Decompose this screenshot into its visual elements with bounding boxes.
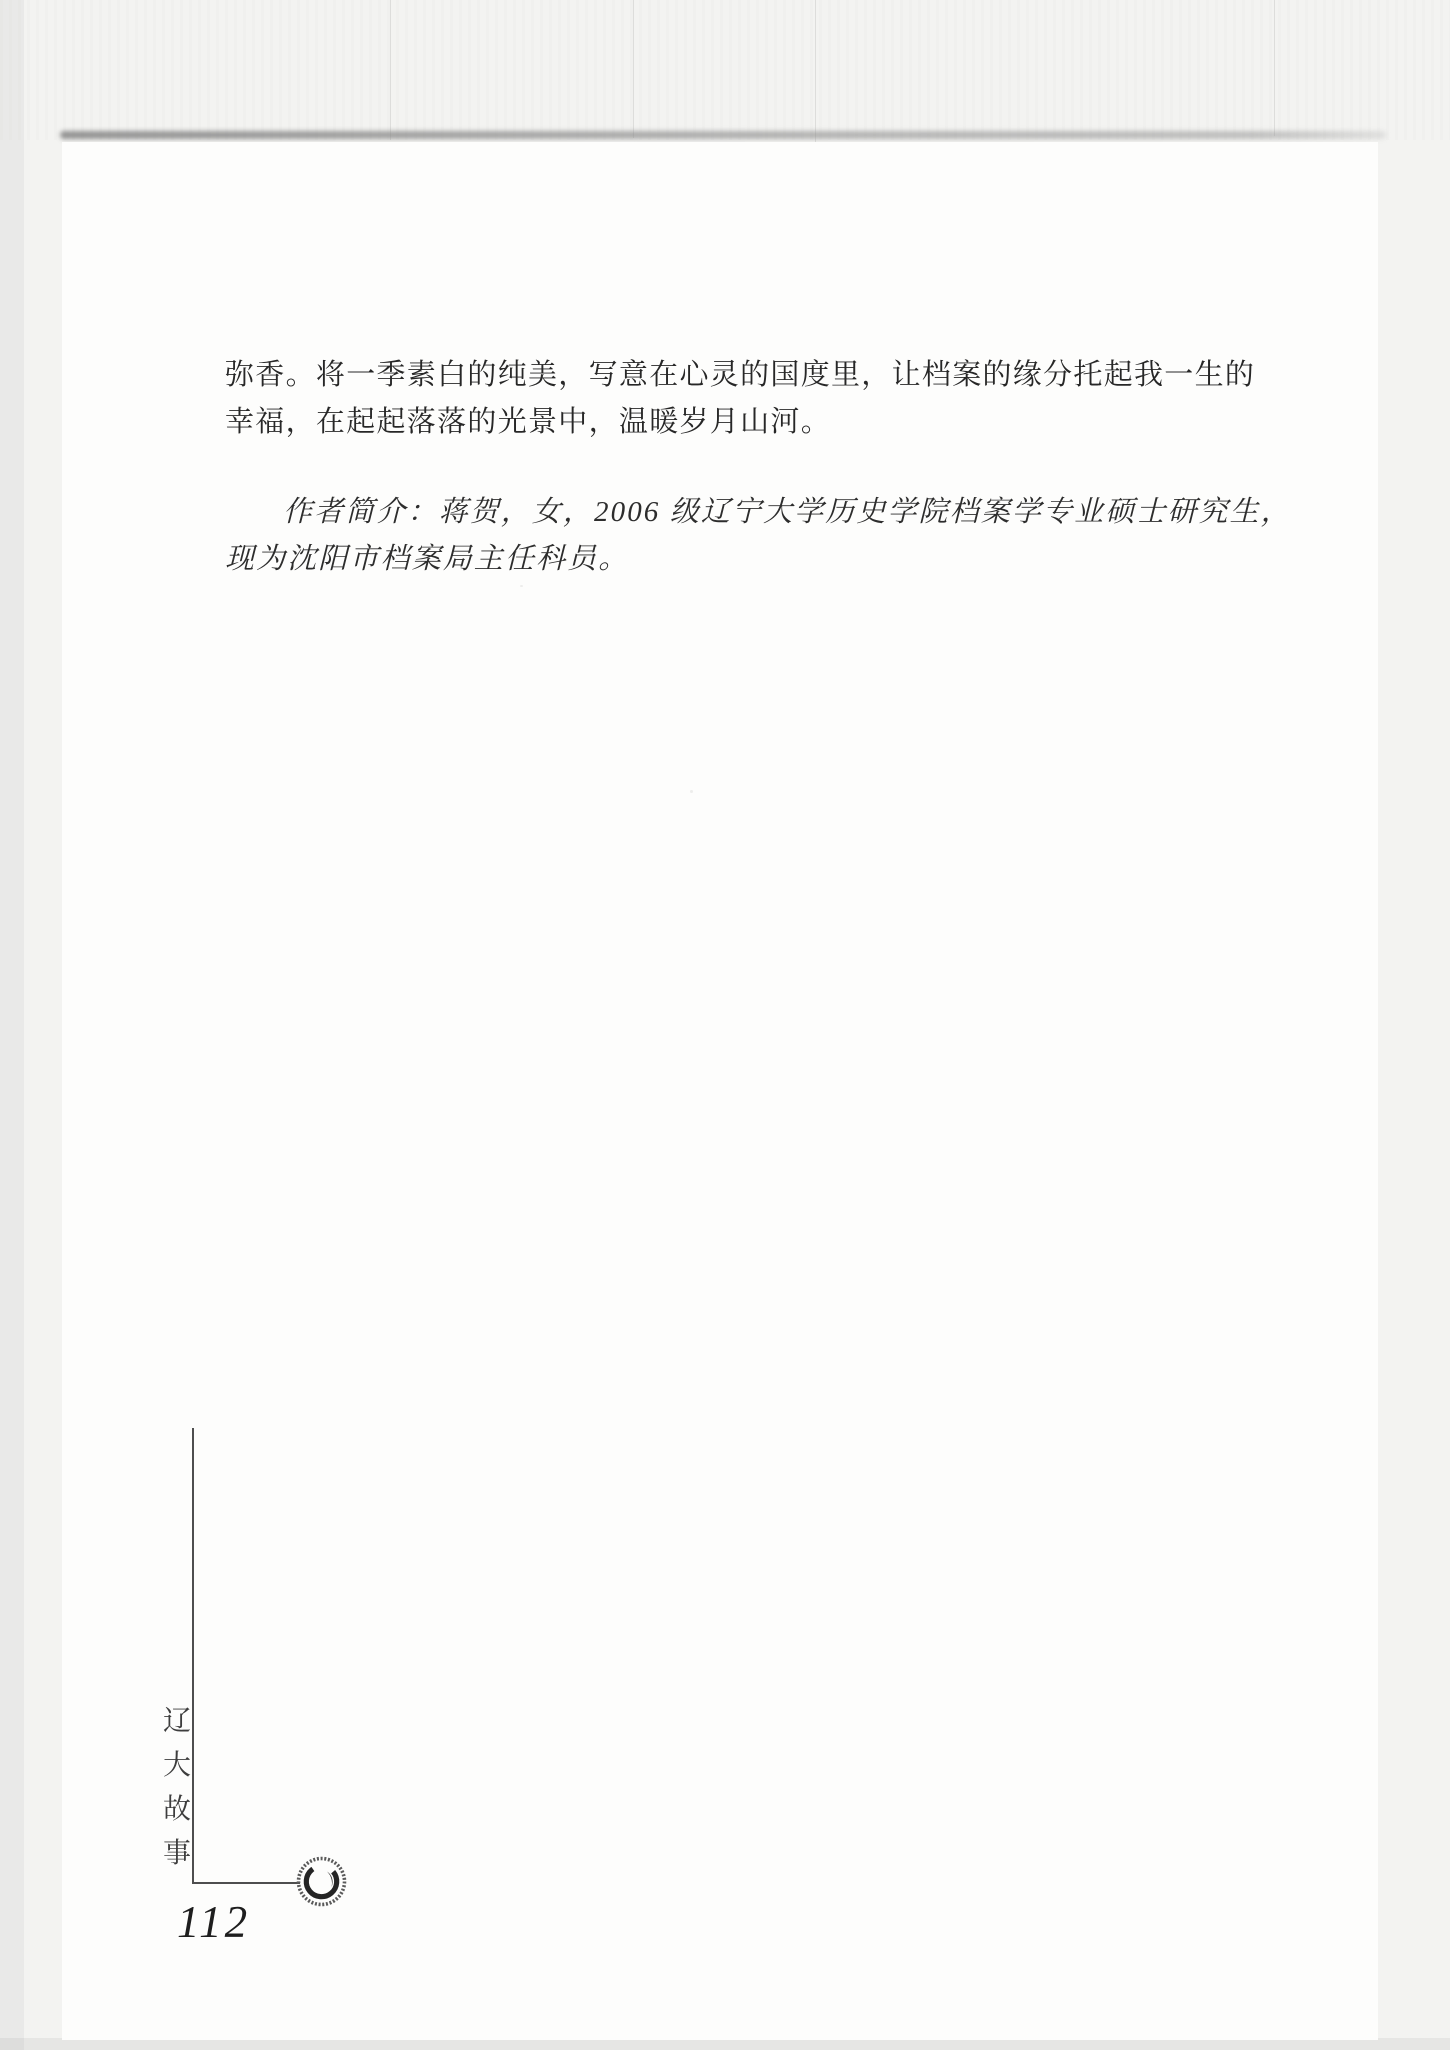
series-title-char: 大: [163, 1750, 191, 1779]
scan-streak-band: [0, 0, 1450, 140]
university-seal-icon: [295, 1855, 348, 1908]
author-bio-line: 现为沈阳市档案局主任科员。: [225, 536, 1292, 583]
series-title-vertical: 辽 大 故 事: [160, 1706, 194, 1867]
scan-streak-line: [633, 0, 634, 138]
series-title-char: 故: [163, 1794, 191, 1823]
paper-speck: [520, 585, 523, 587]
scan-streak-line: [815, 0, 816, 142]
paper-speck: [690, 790, 693, 793]
series-title-char: 辽: [163, 1706, 191, 1735]
corner-rule-horizontal: [192, 1882, 300, 1884]
scan-streak-line: [390, 0, 391, 140]
series-title-char: 事: [163, 1838, 191, 1867]
author-bio-paragraph: 作者简介：蒋贺，女，2006 级辽宁大学历史学院档案学专业硕士研究生， 现为沈阳…: [225, 489, 1292, 583]
author-bio-line: 作者简介：蒋贺，女，2006 级辽宁大学历史学院档案学专业硕士研究生，: [225, 489, 1292, 536]
scan-streak-line: [1274, 0, 1275, 136]
page-number: 112: [177, 1898, 250, 1946]
body-paragraph-line: 幸福，在起起落落的光景中，温暖岁月山河。: [225, 399, 1255, 446]
page-edge-shadow: [60, 131, 1386, 139]
scanned-book-page: { "content": { "paragraph": { "lines": […: [0, 0, 1450, 2050]
body-paragraph: 弥香。将一季素白的纯美，写意在心灵的国度里，让档案的缘分托起我一生的 幸福，在起…: [225, 352, 1255, 446]
body-paragraph-line: 弥香。将一季素白的纯美，写意在心灵的国度里，让档案的缘分托起我一生的: [225, 352, 1255, 399]
scan-left-edge: [0, 0, 24, 2050]
